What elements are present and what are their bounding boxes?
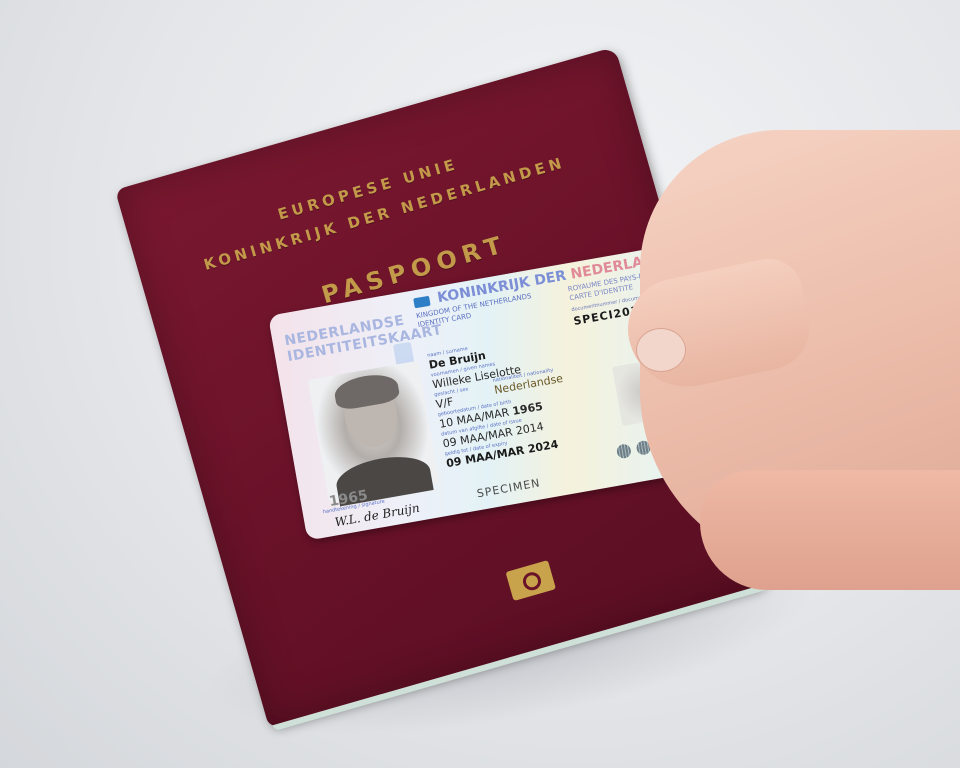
eye-logo-icon xyxy=(413,296,430,309)
hand-fingers xyxy=(700,470,960,590)
dob-year: 1965 xyxy=(511,400,543,418)
security-dot xyxy=(616,443,632,459)
holder-photo xyxy=(308,361,440,504)
passport-line-kingdom: KONINKRIJK DER NEDERLANDEN xyxy=(202,153,567,274)
specimen-label: SPECIMEN xyxy=(476,476,541,500)
thumb-nail xyxy=(636,328,686,372)
biometric-chip-icon xyxy=(505,560,556,601)
